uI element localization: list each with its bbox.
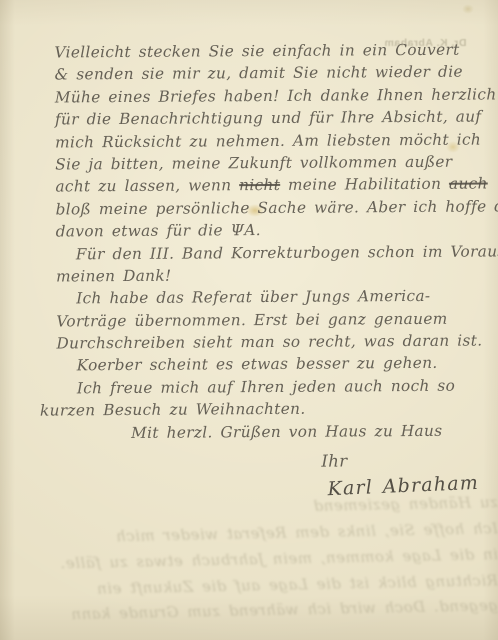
letter-body: Vielleicht stecken Sie sie einfach in ei… (54, 39, 477, 501)
bleed-through-line: Ich hoffe Sie, links dem Referat wieder … (0, 518, 498, 547)
letter-line: Vorträge übernommen. Erst bei ganz genau… (56, 307, 476, 332)
letter-text: meine Habilitation (280, 175, 449, 194)
letter-page: Dr. K. Abraham Vielleicht stecken Sie si… (0, 0, 498, 640)
letter-line: kurzen Besuch zu Weihnachten. (40, 397, 477, 422)
letter-line: Ich freue mich auf Ihren jeden auch noch… (57, 374, 477, 399)
valediction: Ihr (321, 450, 477, 473)
letter-line: Ich habe das Referat über Jungs America- (56, 285, 476, 310)
letter-line: Durchschreiben sieht man so recht, was d… (56, 330, 476, 355)
struck-word: auch (449, 175, 488, 193)
letter-greeting-line: Mit herzl. Grüßen von Haus zu Haus (57, 419, 477, 444)
letter-line-with-strikethrough: acht zu lassen, wenn nicht meine Habilit… (55, 173, 475, 198)
letter-line: Sie ja bitten, meine Zukunft vollkommen … (55, 150, 475, 175)
struck-word: nicht (239, 176, 280, 194)
letter-line: & senden sie mir zu, damit Sie nicht wie… (55, 61, 475, 86)
letter-line: mich Rücksicht zu nehmen. Am liebsten mö… (55, 128, 475, 153)
letter-line: Vielleicht stecken Sie sie einfach in ei… (54, 39, 474, 64)
bleed-through-line: in die Lage kommen, mein Jahrbuch etwas … (0, 544, 498, 573)
letter-line: für die Benachrichtigung und für Ihre Ab… (55, 106, 475, 131)
letter-line: Koerber scheint es etwas besser zu gehen… (57, 352, 477, 377)
paper-stain (462, 4, 474, 14)
letter-line: bloß meine persönliche Sache wäre. Aber … (55, 195, 475, 220)
bleed-through-line: gegend. Doch wird ich während zum Grunde… (0, 595, 498, 624)
letter-text: acht zu lassen, wenn (55, 177, 239, 196)
letter-line: Mühe eines Briefes haben! Ich danke Ihne… (55, 83, 475, 108)
bleed-through-line: Richtung blick ist die Lage auf die Zuku… (0, 570, 498, 600)
letter-line: meinen Dank! (56, 262, 476, 287)
letter-line: Für den III. Band Korrekturbogen schon i… (56, 240, 476, 265)
letter-line: davon etwas für die ΨΑ. (56, 218, 476, 243)
